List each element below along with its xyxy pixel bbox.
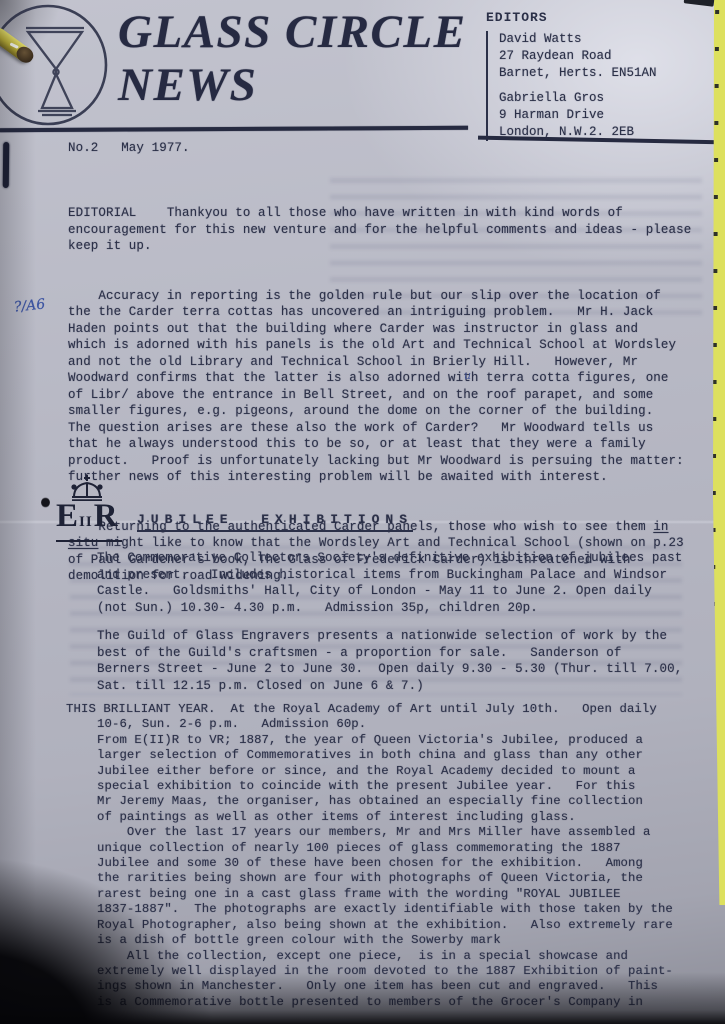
issue-line: No.2 May 1977. xyxy=(68,140,190,157)
newsletter-page: GLASS CIRCLE NEWS EDITORS David Watts 27… xyxy=(0,0,725,1024)
brilliant-year-section: THIS BRILLIANT YEAR. At the Royal Academ… xyxy=(66,702,714,1010)
cypher-r: R xyxy=(94,501,118,531)
eiir-monogram: EIIR xyxy=(56,501,122,542)
exhibition-paragraph-collectors-society: The Commemorative Collectors Society's d… xyxy=(97,550,717,616)
editorial-paragraph-2: Accuracy in reporting is the golden rule… xyxy=(68,288,716,486)
cypher-ii: II xyxy=(79,507,93,537)
margin-ink-stroke xyxy=(3,142,9,188)
brilliant-year-body: At the Royal Academy of Art until July 1… xyxy=(97,702,673,1009)
masthead-title: GLASS CIRCLE NEWS xyxy=(118,6,466,112)
masthead-line2: NEWS xyxy=(118,59,257,111)
editors-label: EDITORS xyxy=(486,10,714,25)
editors-address-list: David Watts 27 Raydean Road Barnet, Hert… xyxy=(486,31,714,141)
cypher-e: E xyxy=(56,501,78,531)
editor-address: Gabriella Gros 9 Harman Drive London, N.… xyxy=(499,90,714,141)
corner-mark xyxy=(684,0,715,7)
masthead-line1: GLASS CIRCLE xyxy=(118,6,466,58)
royal-cypher: EIIR xyxy=(56,474,122,542)
ink-blot xyxy=(41,497,50,508)
handwritten-correction: u xyxy=(464,369,471,382)
brilliant-year-lead: THIS BRILLIANT YEAR. xyxy=(66,702,216,716)
editor-address: David Watts 27 Raydean Road Barnet, Hert… xyxy=(499,31,714,82)
section-heading-jubilee-exhibitions: JUBILEE EXHIBITIONS xyxy=(137,512,413,532)
wine-glasses-icon xyxy=(26,28,84,115)
handwritten-margin-note: ?/A6 xyxy=(13,296,46,315)
exhibition-paragraph-guild-engravers: The Guild of Glass Engravers presents a … xyxy=(97,628,717,694)
glass-circle-logo-icon xyxy=(0,2,112,128)
editors-box: EDITORS David Watts 27 Raydean Road Barn… xyxy=(486,10,714,149)
crown-icon xyxy=(68,474,106,501)
editorial-paragraph-1: EDITORIAL Thankyou to all those who have… xyxy=(68,205,716,255)
